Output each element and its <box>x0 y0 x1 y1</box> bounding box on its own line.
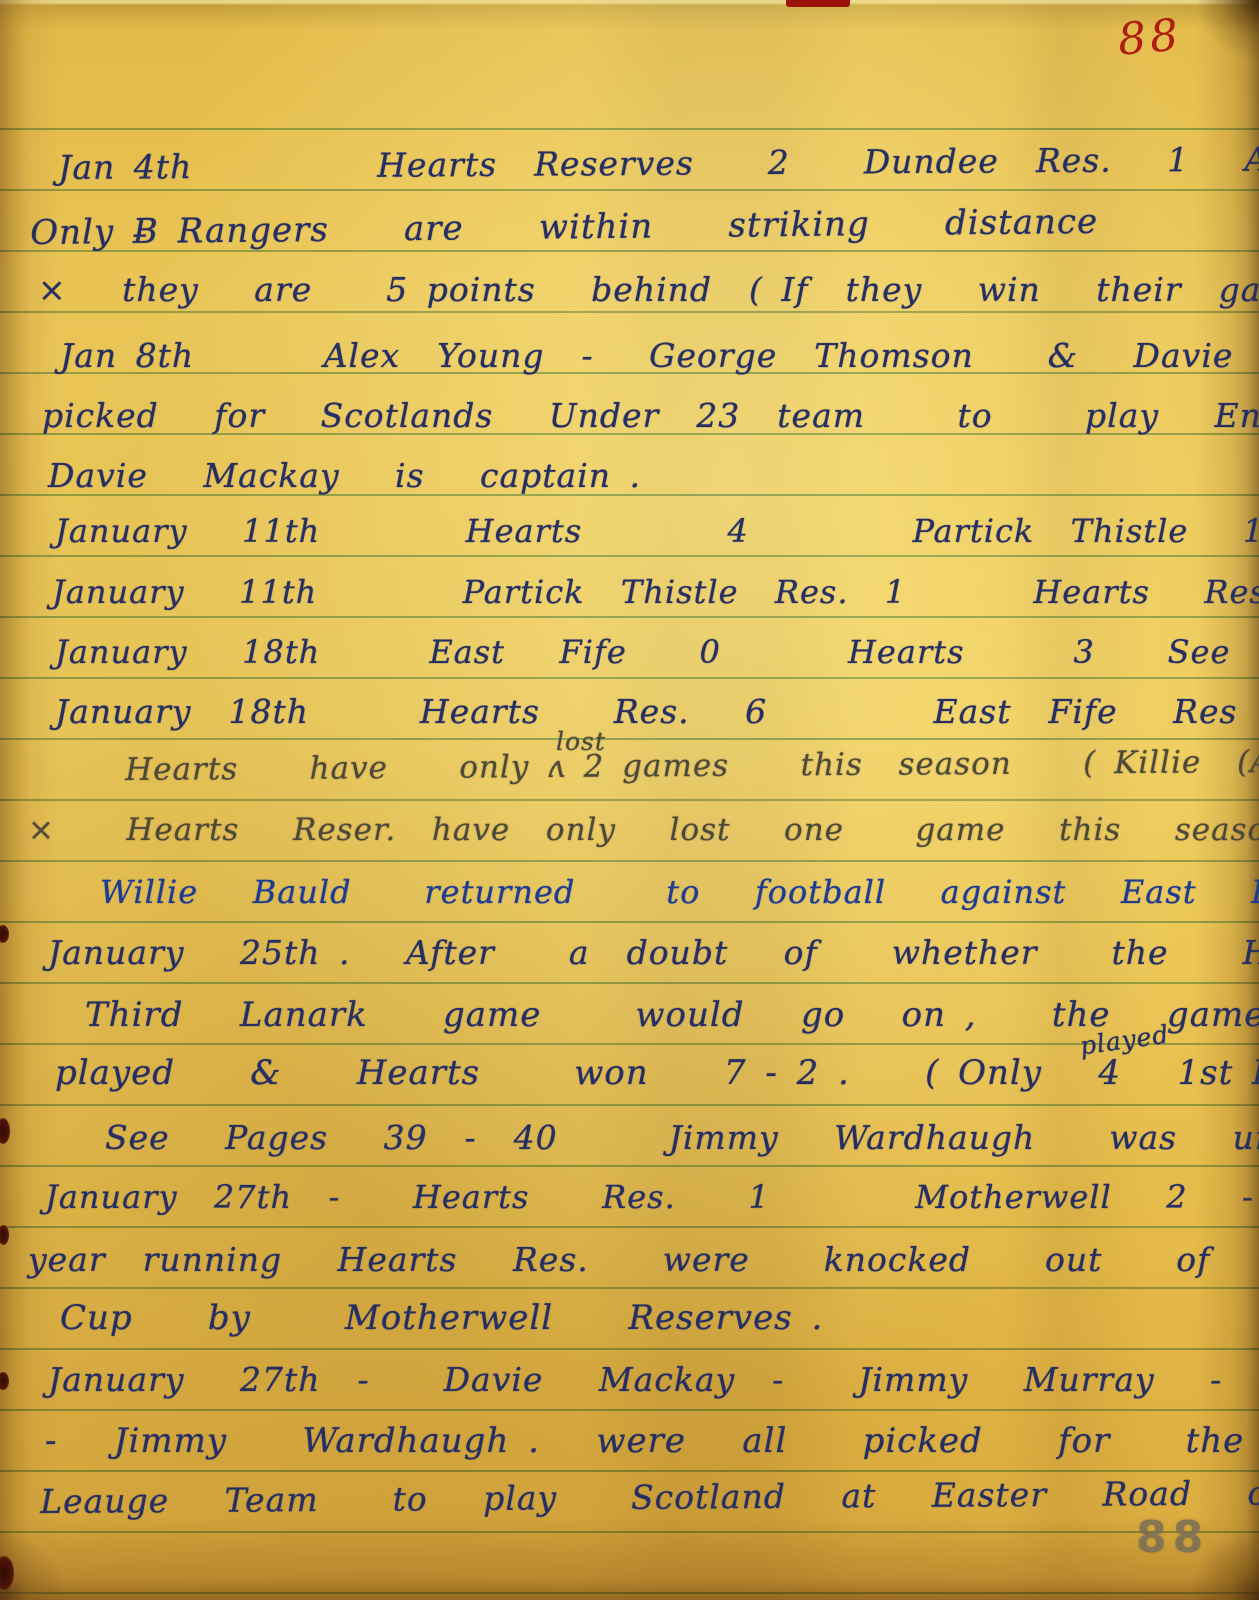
handwritten-line-mackay-captain: Davie Mackay is captain . <box>48 456 641 495</box>
handwritten-line-third-lanark: Third Lanark game would go on , the game… <box>85 995 1259 1035</box>
inserted-word-lost: lost <box>556 727 606 756</box>
handwritten-line-willie-bauld: Willie Bauld returned to football agains… <box>100 873 1259 911</box>
handwritten-line-pages-39-40: See Pages 39 - 40 Jimmy Wardhaugh was un… <box>105 1118 1259 1157</box>
red-binding-tab <box>786 0 850 7</box>
handwritten-line-jan18-reserves: January 18th Hearts Res. 6 East Fife Res… <box>55 692 1259 731</box>
handwritten-line-points-behind: × they are 5 points behind ( If they win… <box>38 270 1259 309</box>
ink-spot <box>0 1556 14 1590</box>
handwritten-line-jan8-picked: Jan 8th Alex Young - George Thomson & Da… <box>60 336 1259 375</box>
handwritten-line-jan18-eastfife: January 18th East Fife 0 Hearts 3 See Pa… <box>55 633 1259 671</box>
handwritten-line-jan27-picked: January 27th - Davie Mackay - Jimmy Murr… <box>48 1360 1259 1399</box>
handwritten-line-easter-road: Leauge Team to play Scotland at Easter R… <box>40 1471 1259 1521</box>
handwritten-line-knocked-out: year running Hearts Res. were knocked ou… <box>28 1240 1259 1279</box>
handwritten-line-under23: picked for Scotlands Under 23 team to pl… <box>42 396 1259 435</box>
handwritten-line-hearts-lost-2: Hearts have only ʌ 2 games this season (… <box>125 742 1259 788</box>
ink-spot <box>0 1225 9 1245</box>
ink-spot <box>0 925 9 943</box>
handwritten-line-only-rangers: Only Ƀ Rangers are within striking dista… <box>30 202 1098 253</box>
handwritten-line-cup-motherwell: Cup by Motherwell Reserves . <box>60 1298 823 1338</box>
handwritten-line-jan4-result: Jan 4th Hearts Reserves 2 Dundee Res. 1 … <box>58 138 1259 187</box>
handwritten-line-jan27-motherwell: January 27th - Hearts Res. 1 Motherwell … <box>45 1178 1259 1216</box>
handwritten-line-reserves-lost-one: × Hearts Reser. have only lost one game … <box>28 812 1259 848</box>
handwritten-line-jan11-reserves: January 11th Partick Thistle Res. 1 Hear… <box>52 573 1259 611</box>
notebook-page: 88 88 Jan 4th Hearts Reserves 2 Dundee R… <box>0 0 1259 1600</box>
ink-spot <box>0 1372 9 1390</box>
handwritten-line-won-7-2: played & Hearts won 7 - 2 . ( Only 4 1st… <box>55 1053 1259 1093</box>
handwritten-line-jan11-hearts: January 11th Hearts 4 Partick Thistle 1 … <box>55 512 1259 550</box>
page-number-top-right: 88 <box>1116 9 1184 65</box>
page-number-stamp-bottom-right: 88 <box>1136 1512 1209 1563</box>
handwritten-line-jan25-doubt: January 25th . After a doubt of whether … <box>48 933 1259 972</box>
ink-spot <box>0 1118 10 1144</box>
handwritten-line-scottish-league: - Jimmy Wardhaugh . were all picked for … <box>45 1421 1259 1461</box>
